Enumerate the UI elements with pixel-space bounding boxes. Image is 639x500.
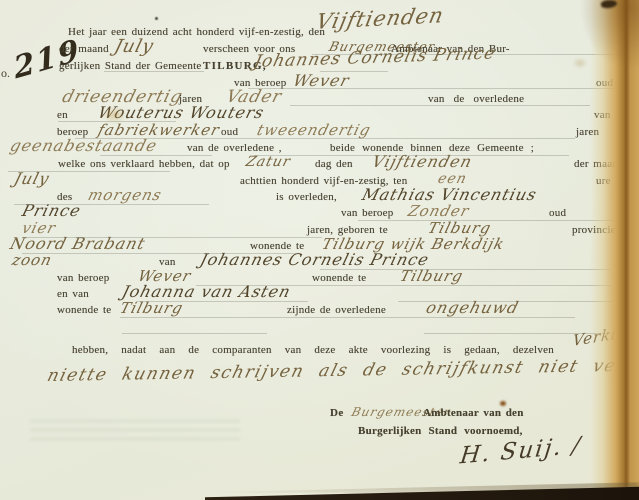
blank-rule: [22, 253, 297, 254]
blank-rule: [104, 71, 204, 72]
blank-rule: [75, 138, 575, 139]
printed-text: wonende te: [57, 304, 111, 316]
entry-day-written: Vijftienden: [314, 3, 446, 34]
death-record-scan: o. 219 Het jaar een duizend acht honderd…: [0, 0, 639, 500]
blank-rule: [136, 301, 308, 302]
paper-stain: [500, 401, 506, 406]
document-line: niette kunnen schrijven als de schrijfku…: [0, 368, 639, 383]
blank-rule: [254, 155, 569, 156]
printed-text: en van: [57, 288, 89, 300]
printed-text: welke ons verklaard hebben, dat op: [58, 158, 230, 170]
printed-text: oud: [549, 207, 566, 219]
printed-text: Ambtenaar van den: [423, 407, 524, 419]
printed-text: van beroep: [57, 272, 110, 284]
blank-rule: [320, 71, 388, 72]
blank-rule: [358, 220, 620, 221]
blank-rule: [196, 285, 611, 286]
entry-month: July: [112, 36, 156, 57]
printed-text: en: [57, 109, 68, 121]
blank-rule: [248, 88, 618, 89]
blank-rule: [312, 54, 622, 55]
printed-text: van beroep: [341, 207, 394, 219]
printed-text: is overleden,: [276, 191, 337, 203]
entry-time-of-day: morgens: [86, 186, 164, 204]
printed-text: van de overledene ,: [187, 142, 282, 154]
page-edge: [590, 0, 639, 500]
bleed-through-smudge: [30, 420, 240, 446]
entry-death-weekday: Zatur: [244, 154, 293, 170]
printed-text: zijnde de overledene: [287, 304, 386, 316]
blank-rule: [14, 204, 209, 205]
entry-declarant2-age: tweeendertig: [255, 121, 373, 139]
blank-rule: [290, 105, 590, 106]
printed-text: oud: [221, 126, 238, 138]
printed-text: wonende te: [312, 272, 366, 284]
paper-stain: [155, 17, 158, 20]
page-edge-stain: [579, 0, 639, 70]
printed-text: van de overledene: [428, 93, 524, 105]
printed-text: hebben, nadat aan de comparanten van dez…: [72, 344, 554, 356]
blank-rule: [100, 155, 212, 156]
blank-rule: [120, 317, 575, 318]
blank-rule: [22, 237, 322, 238]
document-line: Het jaar een duizend acht honderd vijf-e…: [0, 26, 639, 41]
paper-stain: [106, 110, 122, 120]
blank-rule: [122, 333, 267, 334]
printed-text: Het jaar een duizend acht honderd vijf-e…: [68, 26, 325, 38]
printed-text: der maand: [59, 43, 109, 55]
blank-rule: [320, 269, 610, 270]
blank-rule: [58, 121, 176, 122]
printed-text: dag den: [315, 158, 353, 170]
entry-cannot-write-statement: niette kunnen schrijven als de schrijfku…: [45, 354, 639, 386]
entry-deceased-occupation: Zonder: [406, 202, 472, 220]
printed-text: Burgerlijken Stand voornoemd,: [358, 425, 523, 437]
blank-rule: [8, 171, 170, 172]
printed-text: De: [330, 407, 344, 419]
